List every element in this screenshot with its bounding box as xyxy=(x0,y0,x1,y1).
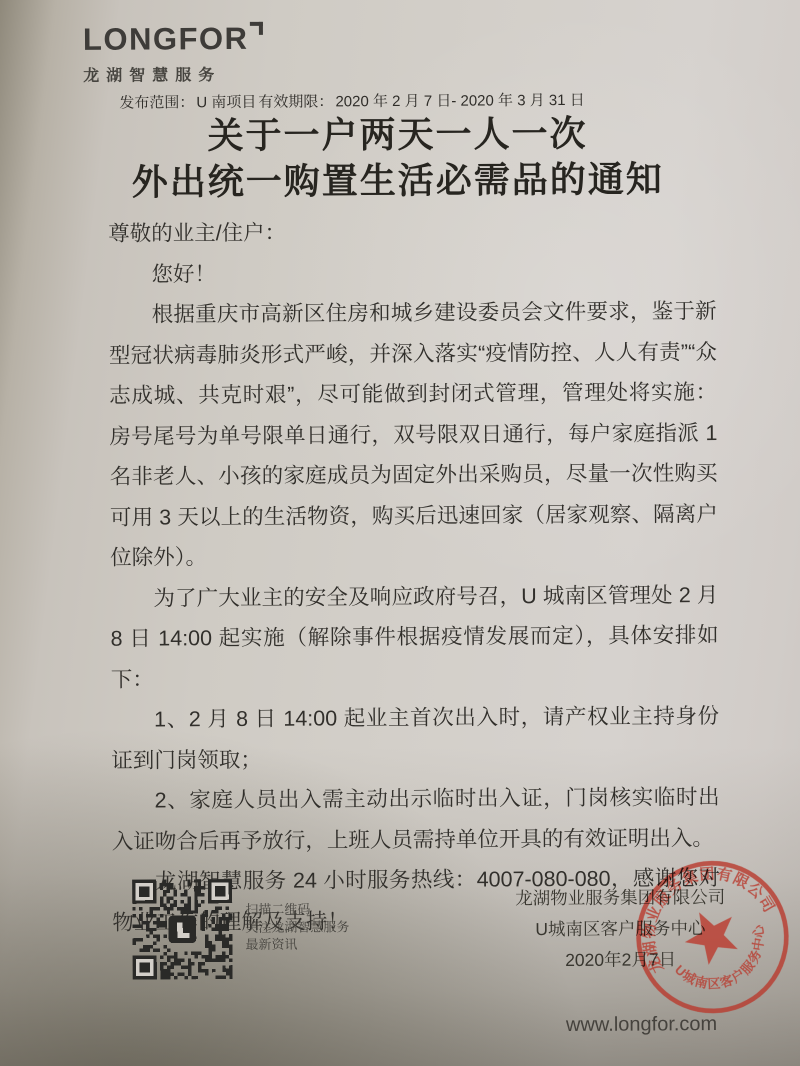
qr-caption-line1: 扫描二维码 xyxy=(245,900,349,918)
seal-ring-text-bottom: U城南区客户服务中心 xyxy=(669,918,784,1010)
qr-code-image xyxy=(132,879,233,980)
qr-caption-line2: 关注龙湖智慧服务 xyxy=(245,918,349,936)
notice-sheet: LONGFOR 龙湖智慧服务 发布范围：U 南项目有效期限：2020 年 2 月… xyxy=(0,0,800,1066)
validity-value: 2020 年 2 月 7 日- 2020 年 3 月 31 日 xyxy=(335,92,584,111)
longfor-logo: LONGFOR 龙湖智慧服务 xyxy=(83,21,249,86)
notice-title: 关于一户两天一人一次 外出统一购置生活必需品的通知 xyxy=(0,110,798,207)
salutation: 尊敬的业主/住户： xyxy=(108,210,716,254)
notice-body: 尊敬的业主/住户： 您好！ 根据重庆市高新区住房和城乡建设委员会文件要求，鉴于新… xyxy=(108,210,720,943)
publish-meta-line: 发布范围：U 南项目有效期限：2020 年 2 月 7 日- 2020 年 3 … xyxy=(119,89,586,113)
longfor-logo-subtitle: 龙湖智慧服务 xyxy=(83,62,249,86)
notice-title-line1: 关于一户两天一人一次 xyxy=(0,110,798,161)
paragraph-policy: 根据重庆市高新区住房和城乡建设委员会文件要求，鉴于新型冠状病毒肺炎形式严峻，并深… xyxy=(109,291,719,578)
notice-title-line2: 外出统一购置生活必需品的通知 xyxy=(0,156,798,207)
seal-star-icon xyxy=(676,900,747,970)
paragraph-item-2: 2、家庭人员出入需主动出示临时出入证，门岗核实临时出入证吻合后再予放行，上班人员… xyxy=(112,777,720,862)
logo-corner-icon xyxy=(249,22,262,35)
qr-caption: 扫描二维码 关注龙湖智慧服务 最新资讯 xyxy=(245,900,349,953)
scope-label: 发布范围： xyxy=(119,94,194,111)
website-url: www.longfor.com xyxy=(566,1013,717,1037)
paragraph-item-1: 1、2 月 8 日 14:00 起业主首次出入时，请产权业主持身份证到门岗领取； xyxy=(111,696,719,781)
greeting: 您好！ xyxy=(108,251,716,295)
scope-value: U 南项目 xyxy=(196,94,256,111)
longfor-wordmark: LONGFOR xyxy=(83,21,249,58)
qr-code xyxy=(132,879,233,980)
paragraph-announcement: 为了广大业主的安全及响应政府号召，U 城南区管理处 2 月 8 日 14:00 … xyxy=(110,575,719,700)
qr-caption-line3: 最新资讯 xyxy=(245,935,349,953)
svg-text:U城南区客户服务中心: U城南区客户服务中心 xyxy=(669,918,784,1010)
validity-label: 有效期限： xyxy=(258,93,333,110)
notice-photo: LONGFOR 龙湖智慧服务 发布范围：U 南项目有效期限：2020 年 2 月… xyxy=(0,0,800,1066)
